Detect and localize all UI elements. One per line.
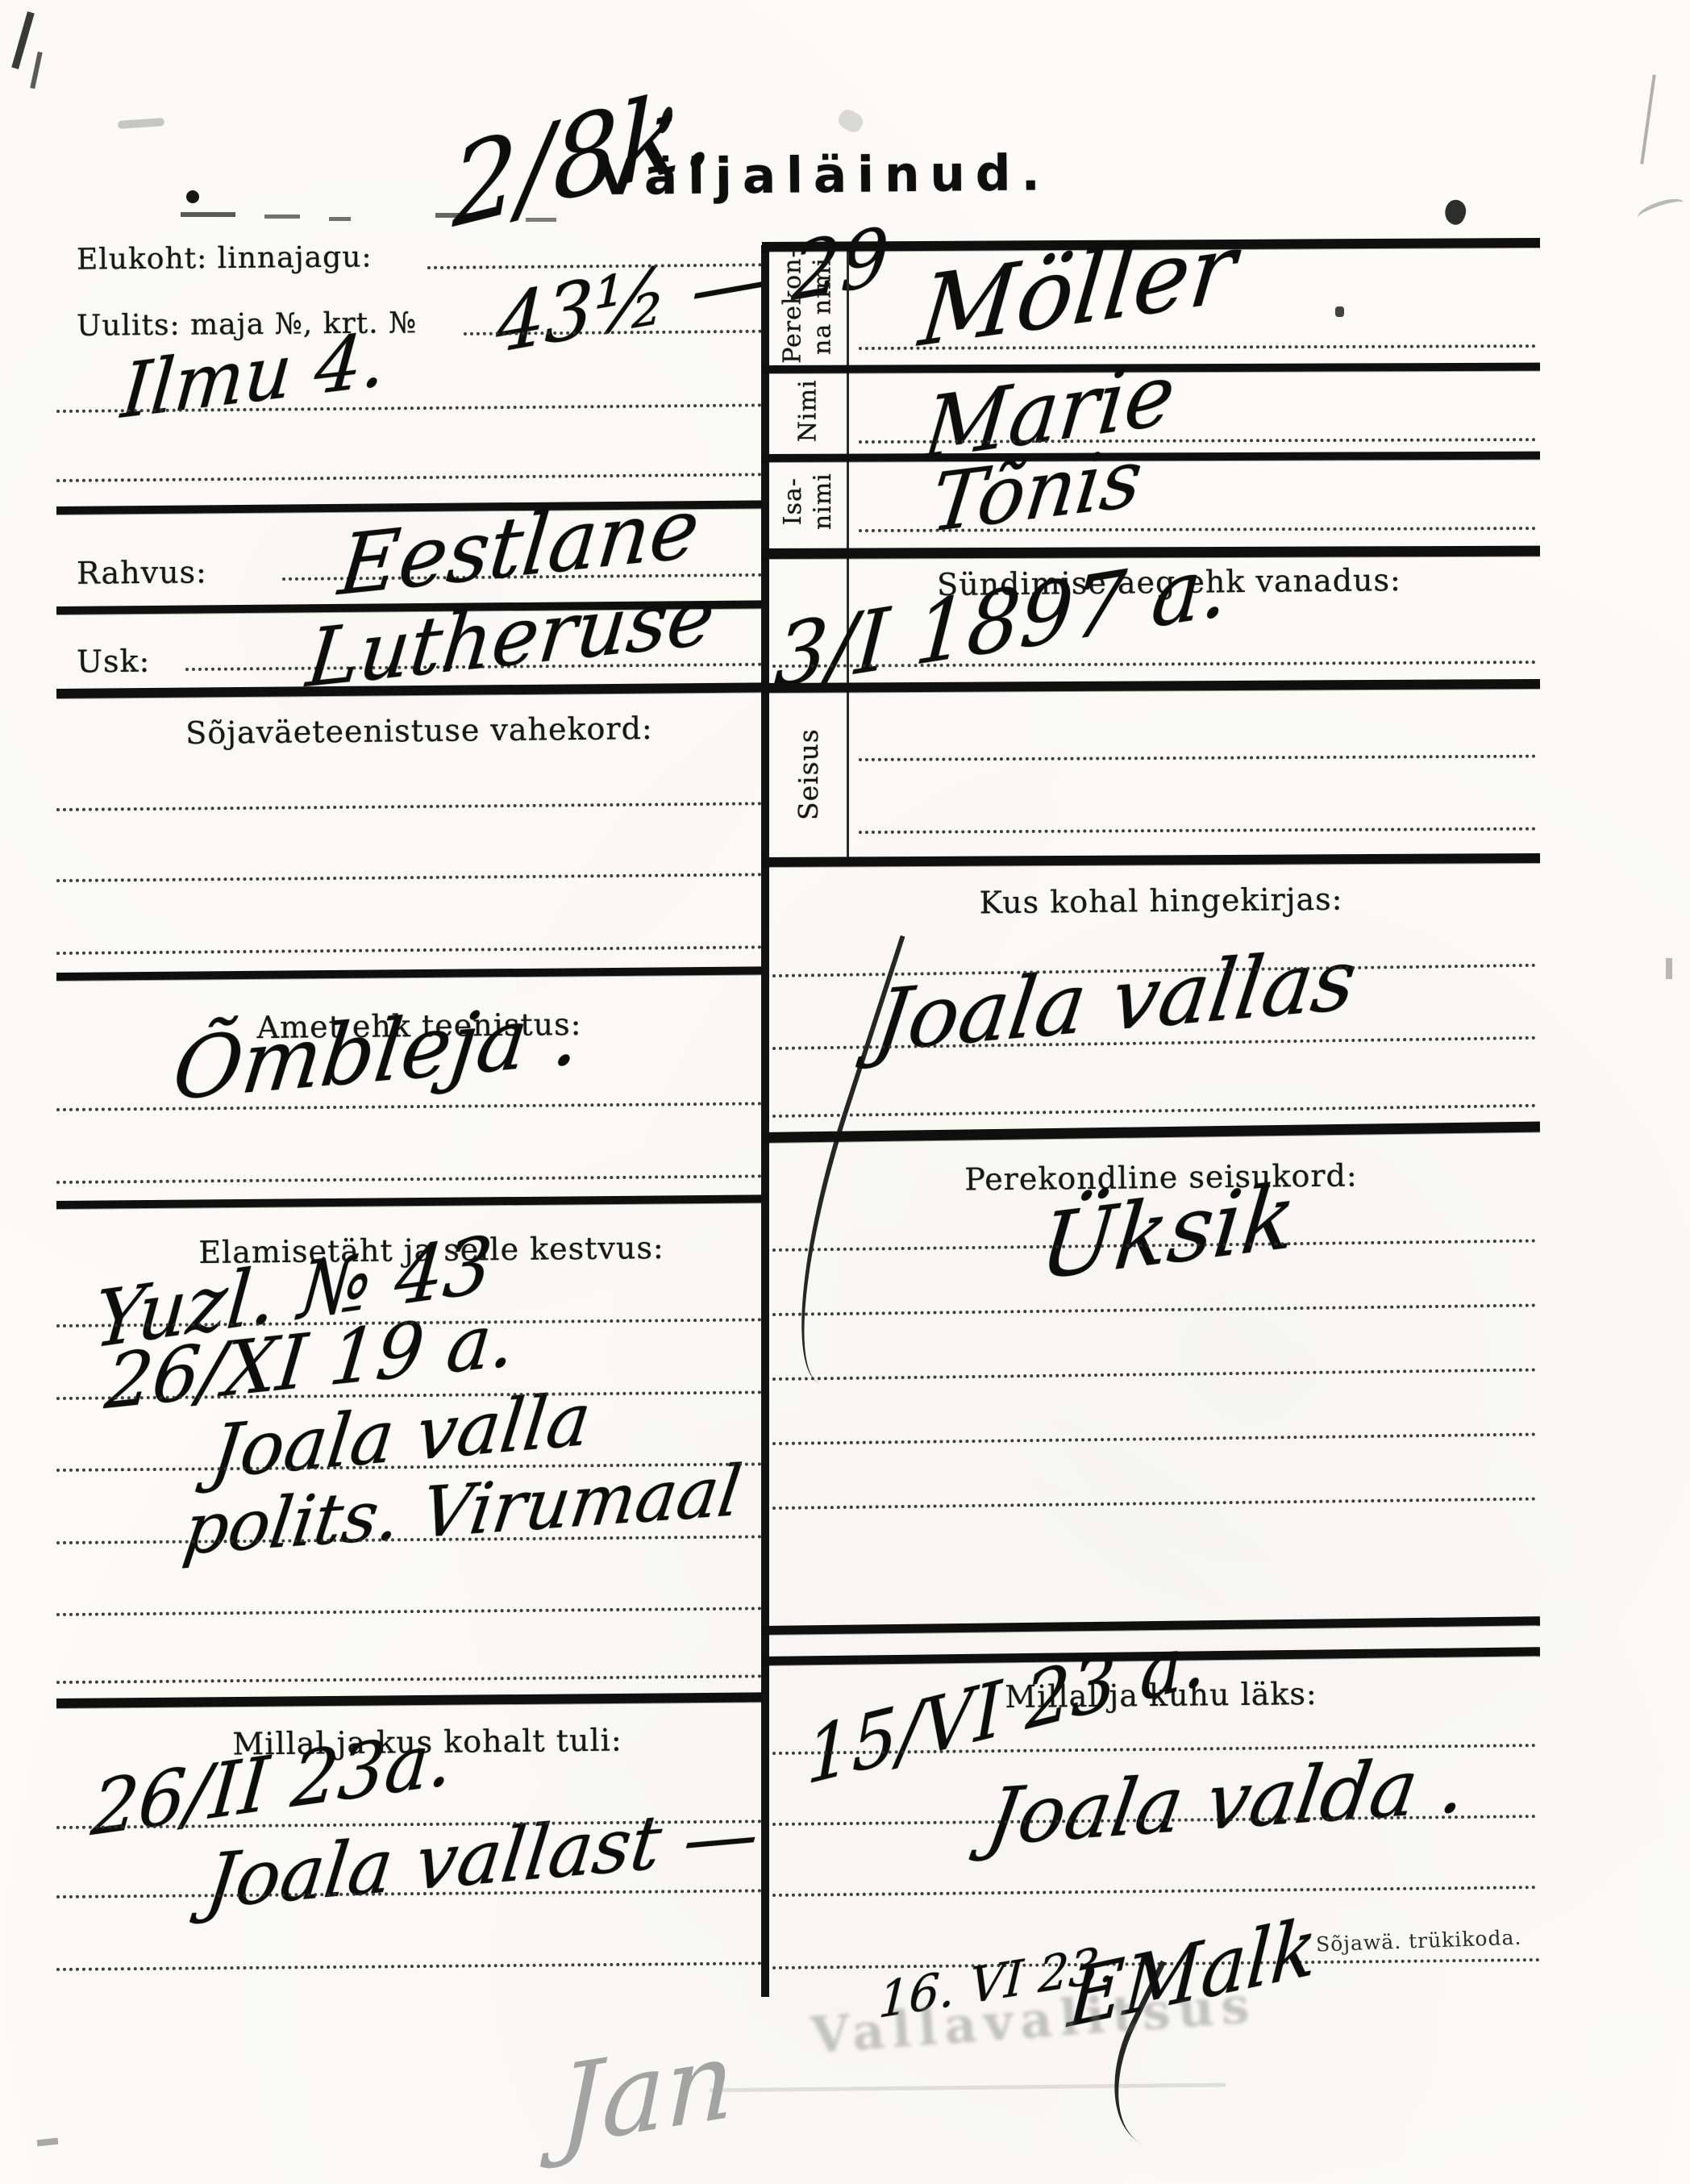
row-label-fathername: Isa- nimi: [769, 456, 847, 547]
rule-line: [762, 452, 1540, 462]
dotted-line: [56, 873, 762, 882]
scan-artifact: [37, 2138, 59, 2147]
dotted-line: [56, 945, 762, 955]
row-label-firstname: Nimi: [769, 369, 847, 452]
scan-artifact: [1640, 74, 1656, 164]
firstname-label-text: Nimi: [793, 379, 822, 442]
scan-artifact: [1335, 306, 1344, 317]
surname-label-text: na nimi: [809, 258, 837, 356]
scan-artifact: [30, 52, 42, 89]
dotted-line: [56, 1102, 762, 1111]
dotted-line: [859, 755, 1536, 761]
registration-card-scan: Väljaläinud. 2/8k. 43½ — 29 Elukoht: lin…: [0, 0, 1690, 2184]
row-label-surname: Perekon- na nimi: [769, 247, 847, 366]
dotted-line: [772, 1886, 1536, 1897]
field-label-rahvus: Rahvus:: [77, 554, 207, 590]
section-heading-parish-register: Kus kohal hingekirjas:: [855, 880, 1467, 922]
field-label-usk: Usk:: [77, 644, 151, 680]
field-label-elukoht: Elukoht: linnajagu:: [77, 240, 373, 276]
dotted-line: [772, 1497, 1536, 1510]
rule-line: [56, 682, 762, 698]
pencil-arc: [1635, 194, 1687, 226]
scan-artifact: [181, 212, 235, 217]
scan-artifact: [118, 118, 165, 129]
dotted-line: [56, 1961, 762, 1971]
scan-smudge: [835, 106, 866, 135]
section-heading-military: Sõjaväeteenistuse vahekord:: [153, 711, 685, 752]
handwritten-departure-place: Joala valda .: [982, 1745, 1472, 1857]
rule-line: [762, 853, 1540, 867]
row-label-seisus: Seisus: [769, 694, 847, 855]
seisus-label-text: Seisus: [792, 728, 823, 820]
surname-label-text: Perekon-: [779, 249, 807, 364]
dotted-line: [56, 802, 762, 811]
ink-blot: [1441, 197, 1470, 227]
dotted-line: [56, 1674, 762, 1684]
center-divider-line: [761, 245, 769, 1997]
ink-dot: [186, 190, 199, 203]
handwritten-registry-mark: 2/8k.: [452, 69, 714, 244]
printer-credit: Sõjawä. trükikoda.: [1316, 1926, 1522, 1957]
dotted-line: [56, 473, 762, 482]
dotted-line: [859, 827, 1536, 834]
scan-artifact: [329, 217, 351, 221]
dotted-line: [772, 1303, 1536, 1316]
handwritten-surname: Möller: [916, 219, 1240, 361]
rule-line: [56, 1194, 762, 1209]
dotted-line: [56, 1174, 762, 1184]
fathername-label-text: Isa-: [779, 477, 807, 525]
rule-line: [56, 1692, 762, 1708]
dotted-line: [56, 1607, 762, 1616]
rule-line: [56, 966, 762, 981]
fathername-label-text: nimi: [809, 473, 837, 531]
dotted-line: [772, 1368, 1536, 1381]
scan-artifact: [264, 215, 300, 219]
dotted-line: [772, 1432, 1536, 1445]
scan-artifact: [1666, 958, 1672, 979]
scan-artifact: [11, 11, 34, 69]
pencil-note: Jan: [558, 2024, 735, 2161]
